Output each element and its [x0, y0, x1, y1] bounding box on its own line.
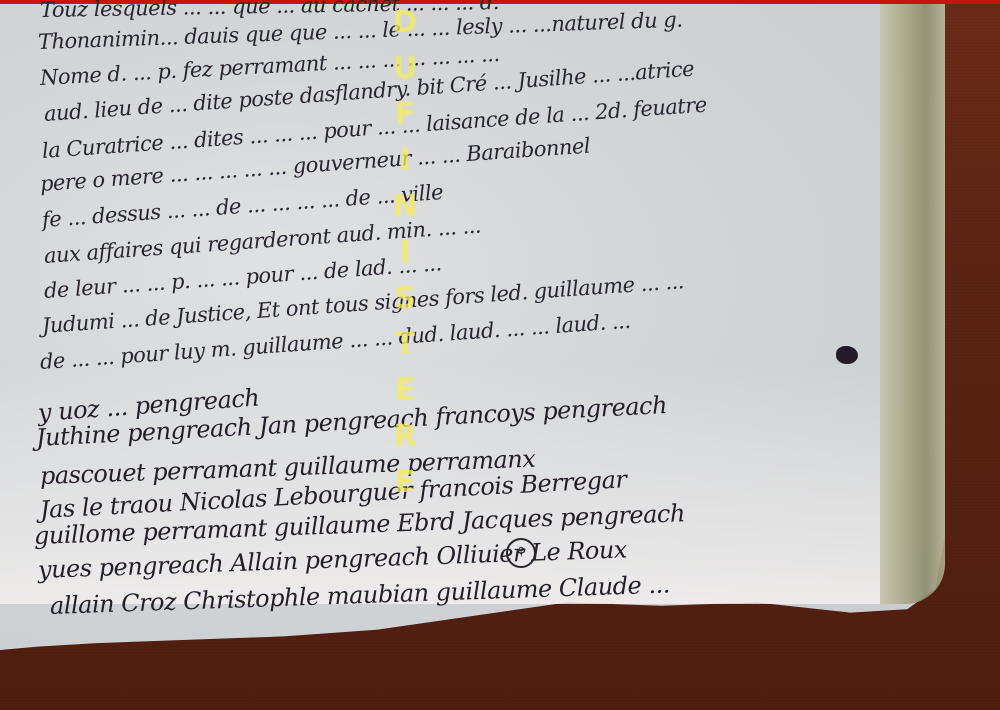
watermark-letter: U — [393, 46, 417, 92]
watermark-letter: D — [393, 0, 418, 46]
document-viewer: Touz lesquels ... ... que ... au cachet … — [0, 0, 1000, 710]
ink-mark-icon — [836, 346, 858, 364]
seal-mark-icon: ⚘ — [506, 538, 536, 568]
watermark-letter: S — [394, 276, 416, 322]
archive-watermark: D U F I N I S T E R E — [390, 0, 420, 560]
watermark-letter: N — [392, 184, 417, 230]
watermark-letter: I — [399, 138, 410, 184]
watermark-letter: I — [399, 230, 410, 276]
watermark-letter: R — [393, 414, 416, 460]
manuscript-text: Touz lesquels ... ... que ... au cachet … — [30, 4, 890, 624]
watermark-letter: F — [395, 92, 416, 138]
watermark-letter: E — [395, 368, 416, 414]
watermark-letter: E — [395, 460, 416, 506]
watermark-letter: T — [395, 322, 415, 368]
